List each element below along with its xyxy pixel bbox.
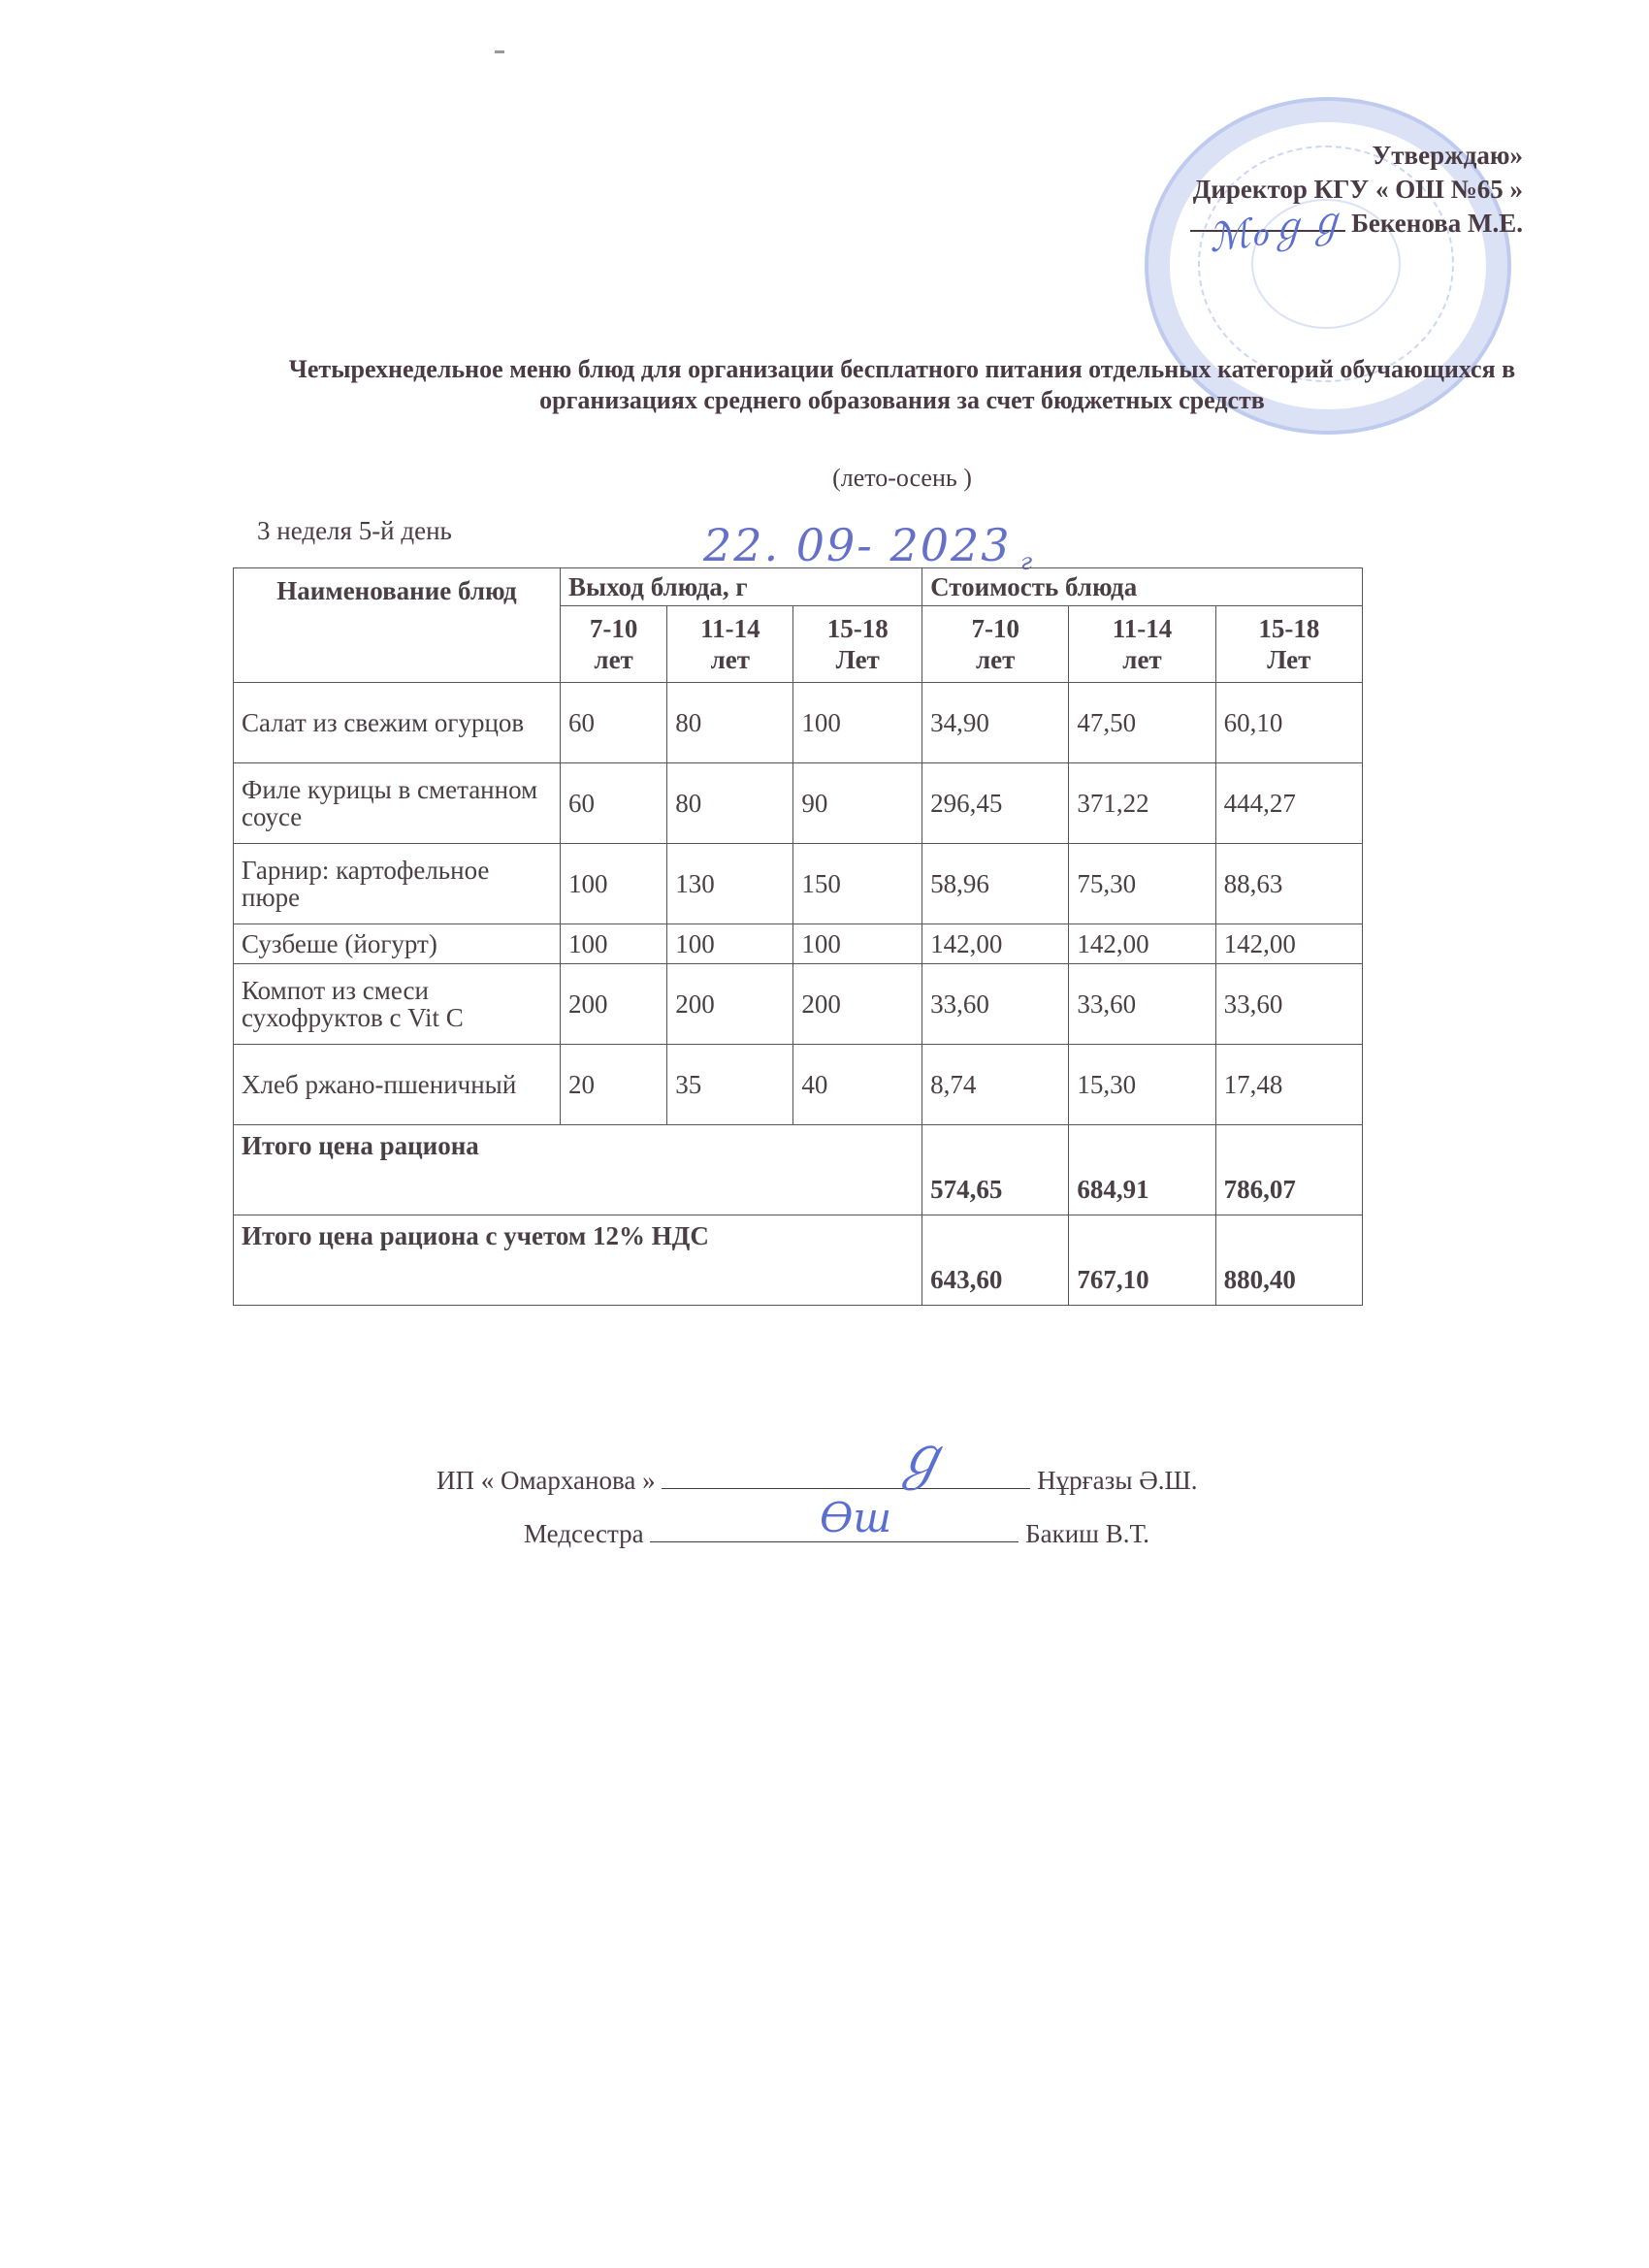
yield-value: 100 <box>561 844 667 924</box>
cost-value: 371,22 <box>1069 763 1215 844</box>
header-cost-age-1: 7-10лет <box>922 606 1069 683</box>
cost-value: 58,96 <box>922 844 1069 924</box>
yield-value: 100 <box>561 924 667 964</box>
header-dish-name: Наименование блюд <box>234 568 561 683</box>
header-yield: Выход блюда, г <box>561 568 922 606</box>
header-cost-age-2: 11-14лет <box>1069 606 1215 683</box>
header-yield-age-3: 15-18Лет <box>793 606 922 683</box>
menu-table: Наименование блюд Выход блюда, г Стоимос… <box>233 567 1363 1306</box>
total-vat-label: Итого цена рациона с учетом 12% НДС <box>234 1215 922 1306</box>
cost-value: 33,60 <box>1215 964 1362 1045</box>
header-yield-age-2: 11-14лет <box>667 606 793 683</box>
nurse-name: Бакиш В.Т. <box>1025 1519 1149 1548</box>
total-vat-value: 880,40 <box>1215 1215 1362 1306</box>
total-value: 574,65 <box>922 1125 1069 1215</box>
yield-value: 60 <box>561 763 667 844</box>
dish-name: Сузбеше (йогурт) <box>234 924 561 964</box>
total-label: Итого цена рациона <box>234 1125 922 1215</box>
yield-value: 130 <box>667 844 793 924</box>
yield-value: 200 <box>561 964 667 1045</box>
document-title: Четырехнедельное меню блюд для организац… <box>272 354 1533 416</box>
supplier-signature: ℊ <box>892 1411 949 1493</box>
handwritten-date: 22. 09- 2023 <box>703 519 1012 571</box>
yield-value: 100 <box>667 924 793 964</box>
cost-value: 142,00 <box>1215 924 1362 964</box>
cost-value: 88,63 <box>1215 844 1362 924</box>
table-row: Компот из смеси сухофруктов с Vit C 200 … <box>234 964 1363 1045</box>
cost-value: 33,60 <box>1069 964 1215 1045</box>
yield-value: 100 <box>793 924 922 964</box>
supplier-signature-line: ИП « Омарханова » Нұрғазы Ә.Ш. <box>436 1465 1197 1496</box>
yield-value: 200 <box>793 964 922 1045</box>
cost-value: 47,50 <box>1069 683 1215 763</box>
cost-value: 75,30 <box>1069 844 1215 924</box>
header-cost-age-3: 15-18Лет <box>1215 606 1362 683</box>
supplier-name: Нұрғазы Ә.Ш. <box>1037 1466 1197 1495</box>
yield-value: 150 <box>793 844 922 924</box>
header-cost: Стоимость блюда <box>922 568 1363 606</box>
table-row: Филе курицы в сметанном соусе 60 80 90 2… <box>234 763 1363 844</box>
signature-underline <box>662 1465 1030 1489</box>
cost-value: 15,30 <box>1069 1045 1215 1125</box>
yield-value: 35 <box>667 1045 793 1125</box>
nurse-signature: Ѳш <box>820 1494 891 1541</box>
total-vat-value: 643,60 <box>922 1215 1069 1306</box>
dish-name: Салат из свежим огурцов <box>234 683 561 763</box>
dish-name: Филе курицы в сметанном соусе <box>234 763 561 844</box>
total-vat-row: Итого цена рациона с учетом 12% НДС 643,… <box>234 1215 1363 1306</box>
cost-value: 60,10 <box>1215 683 1362 763</box>
total-value: 684,91 <box>1069 1125 1215 1215</box>
yield-value: 20 <box>561 1045 667 1125</box>
cost-value: 296,45 <box>922 763 1069 844</box>
dish-name: Хлеб ржано-пшеничный <box>234 1045 561 1125</box>
week-day-label: 3 неделя 5-й день <box>257 516 452 546</box>
header-yield-age-1: 7-10лет <box>561 606 667 683</box>
yield-value: 40 <box>793 1045 922 1125</box>
cost-value: 17,48 <box>1215 1045 1362 1125</box>
nurse-label: Медсестра <box>524 1519 644 1548</box>
cost-value: 142,00 <box>1069 924 1215 964</box>
yield-value: 90 <box>793 763 922 844</box>
supplier-label: ИП « Омарханова » <box>436 1466 656 1495</box>
total-row: Итого цена рациона 574,65 684,91 786,07 <box>234 1125 1363 1215</box>
cost-value: 34,90 <box>922 683 1069 763</box>
table-row: Хлеб ржано-пшеничный 20 35 40 8,74 15,30… <box>234 1045 1363 1125</box>
total-vat-value: 767,10 <box>1069 1215 1215 1306</box>
approval-heading: Утверждаю» <box>1190 139 1523 173</box>
total-value: 786,07 <box>1215 1125 1362 1215</box>
dish-name: Гарнир: картофельное пюре <box>234 844 561 924</box>
cost-value: 33,60 <box>922 964 1069 1045</box>
table-row: Салат из свежим огурцов 60 80 100 34,90 … <box>234 683 1363 763</box>
yield-value: 60 <box>561 683 667 763</box>
season-label: (лето-осень ) <box>272 464 1533 493</box>
scan-artifact <box>495 50 504 53</box>
approval-position: Директор КГУ « ОШ №65 » <box>1190 173 1523 207</box>
cost-value: 444,27 <box>1215 763 1362 844</box>
director-name: Бекенова М.Е. <box>1351 209 1523 238</box>
table-row: Гарнир: картофельное пюре 100 130 150 58… <box>234 844 1363 924</box>
yield-value: 200 <box>667 964 793 1045</box>
yield-value: 80 <box>667 683 793 763</box>
yield-value: 100 <box>793 683 922 763</box>
table-row: Сузбеше (йогурт) 100 100 100 142,00 142,… <box>234 924 1363 964</box>
cost-value: 8,74 <box>922 1045 1069 1125</box>
dish-name: Компот из смеси сухофруктов с Vit C <box>234 964 561 1045</box>
yield-value: 80 <box>667 763 793 844</box>
cost-value: 142,00 <box>922 924 1069 964</box>
